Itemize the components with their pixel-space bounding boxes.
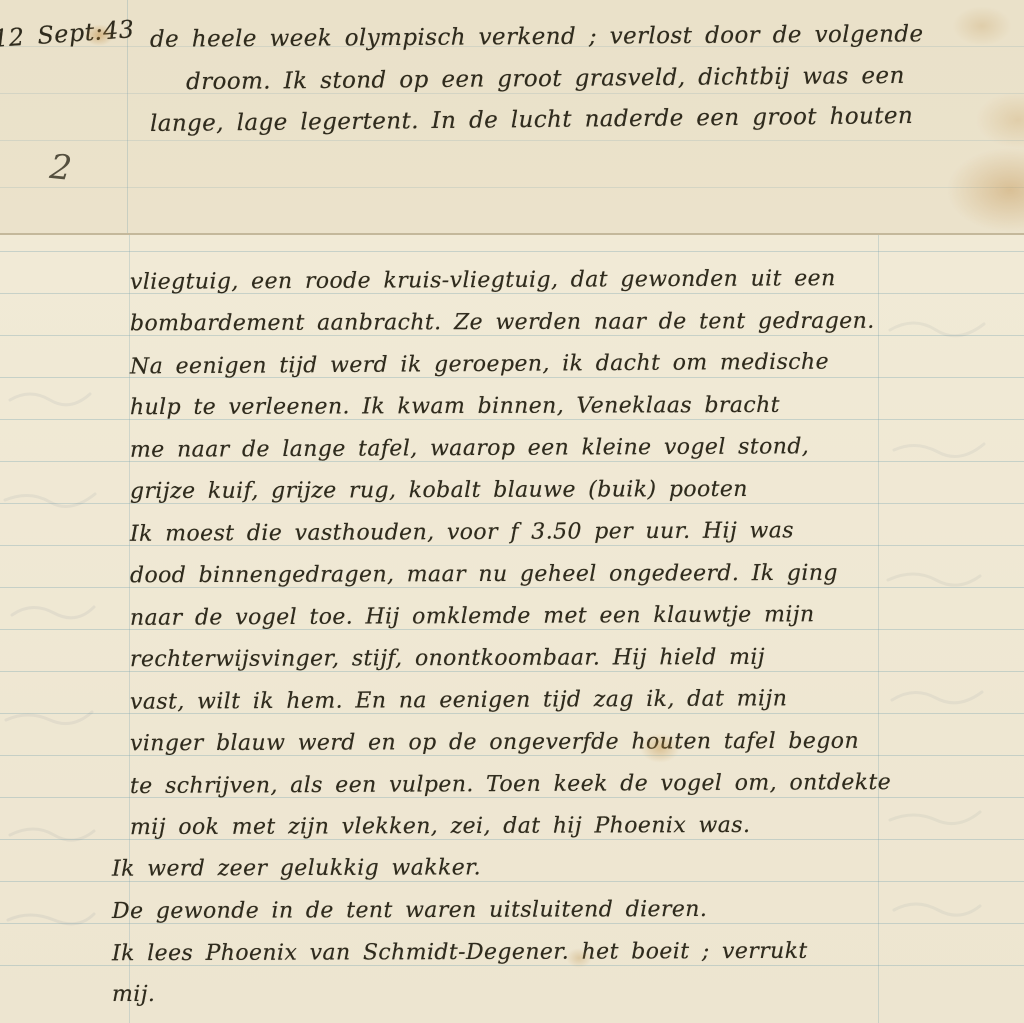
margin-rule-line xyxy=(878,235,879,1023)
handwritten-line: de heele week olympisch verkend ; verlos… xyxy=(150,21,924,52)
handwritten-line: hulp te verleenen. Ik kwam binnen, Venek… xyxy=(130,393,780,420)
page-number: 2 xyxy=(48,147,74,189)
handwritten-line: me naar de lange tafel, waarop een klein… xyxy=(130,434,809,463)
handwritten-line: droom. Ik stond op een groot grasveld, d… xyxy=(186,63,905,95)
diary-page: 12 Sept:43 de heele week olympisch verke… xyxy=(0,0,1024,1023)
handwritten-line: De gewonde in de tent waren uitsluitend … xyxy=(112,897,707,924)
handwritten-line: vinger blauw werd en op de ongeverfde ho… xyxy=(130,729,859,757)
handwritten-line: rechterwijsvinger, stijf, onontkoombaar.… xyxy=(130,645,765,672)
main-page: vliegtuig, een roode kruis-vliegtuig, da… xyxy=(0,235,1024,1023)
handwritten-line: mij ook met zijn vlekken, zei, dat hij P… xyxy=(130,813,750,840)
top-page-fragment: 12 Sept:43 de heele week olympisch verke… xyxy=(0,0,1024,235)
handwritten-line: Ik werd zeer gelukkig wakker. xyxy=(112,855,481,881)
handwritten-line: bombardement aanbracht. Ze werden naar d… xyxy=(130,309,875,337)
handwritten-line: grijze kuif, grijze rug, kobalt blauwe (… xyxy=(130,477,748,504)
handwritten-line: vliegtuig, een roode kruis-vliegtuig, da… xyxy=(130,266,836,295)
handwritten-line: Na eenigen tijd werd ik geroepen, ik dac… xyxy=(130,350,829,380)
handwritten-line: naar de vogel toe. Hij omklemde met een … xyxy=(130,602,815,631)
handwritten-line: te schrijven, als een vulpen. Toen keek … xyxy=(130,770,891,799)
handwritten-line: Ik moest die vasthouden, voor f 3.50 per… xyxy=(130,518,794,546)
handwritten-line: lange, lage legertent. In de lucht nader… xyxy=(150,103,913,137)
handwritten-line: mij. xyxy=(112,982,155,1007)
entry-date: 12 Sept:43 xyxy=(0,15,135,53)
handwritten-line: Ik lees Phoenix van Schmidt-Degener. het… xyxy=(112,939,808,966)
handwritten-line: vast, wilt ik hem. En na eenigen tijd za… xyxy=(130,686,787,714)
handwritten-line: dood binnengedragen, maar nu geheel onge… xyxy=(130,561,838,588)
